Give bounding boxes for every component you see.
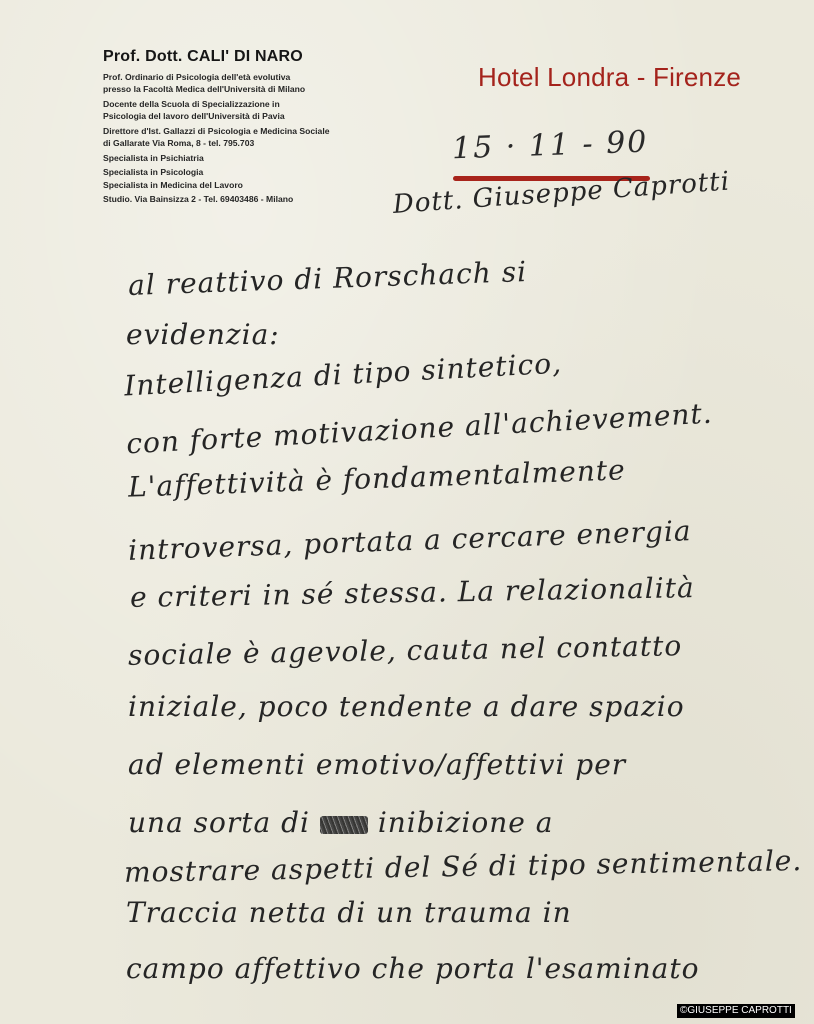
- body-line: evidenzia:: [126, 318, 280, 351]
- letterhead-line: di Gallarate Via Roma, 8 - tel. 795.703: [103, 138, 403, 150]
- handwritten-date: 15 · 11 - 90: [451, 125, 648, 167]
- body-line-part: inibizione a: [378, 806, 554, 839]
- letterhead-line: Specialista in Psichiatria: [103, 153, 403, 165]
- letterhead-line: Specialista in Medicina del Lavoro: [103, 180, 403, 192]
- crossed-out-word: [320, 816, 368, 834]
- letterhead-name: Prof. Dott. CALI' DI NARO: [103, 48, 403, 66]
- letterhead-line: Studio. Via Bainsizza 2 - Tel. 69403486 …: [103, 194, 403, 206]
- letterhead-line: Psicologia del lavoro dell'Università di…: [103, 111, 403, 123]
- letterhead: Prof. Dott. CALI' DI NARO Prof. Ordinari…: [103, 48, 403, 205]
- letterhead-line: presso la Facoltà Medica dell'Università…: [103, 84, 403, 96]
- letterhead-line: Docente della Scuola di Specializzazione…: [103, 99, 403, 111]
- body-line: ad elementi emotivo/affettivi per: [128, 748, 626, 781]
- letterhead-line: Direttore d'Ist. Gallazzi di Psicologia …: [103, 126, 403, 138]
- body-line: campo affettivo che porta l'esaminato: [126, 952, 699, 985]
- letterhead-line: Prof. Ordinario di Psicologia dell'età e…: [103, 72, 403, 84]
- letterhead-line: Specialista in Psicologia: [103, 167, 403, 179]
- hotel-annotation: Hotel Londra - Firenze: [478, 62, 741, 93]
- copyright-watermark: ©GIUSEPPE CAPROTTI: [677, 1004, 795, 1018]
- body-line-part: una sorta di: [128, 806, 310, 839]
- body-line: una sorta di inibizione a: [128, 806, 553, 839]
- body-line: Traccia netta di un trauma in: [126, 896, 572, 929]
- body-line: iniziale, poco tendente a dare spazio: [128, 690, 685, 723]
